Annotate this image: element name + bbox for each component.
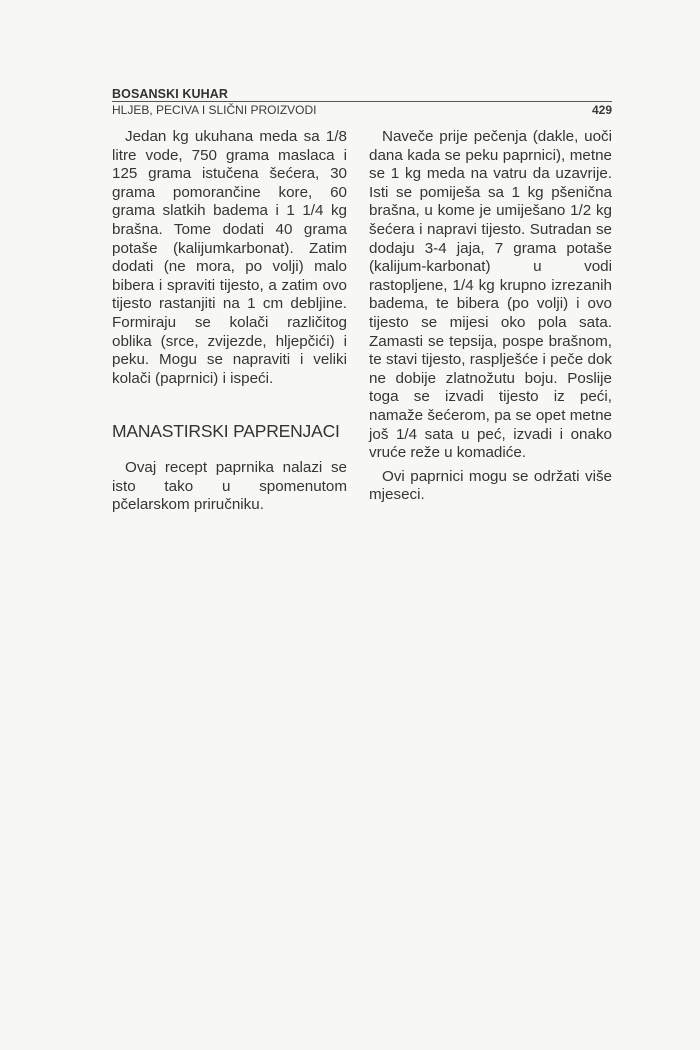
running-header: BOSANSKI KUHAR HLJEB, PECIVA I SLIČNI PR… xyxy=(112,88,612,117)
book-title: BOSANSKI KUHAR xyxy=(112,88,612,102)
chapter-row: HLJEB, PECIVA I SLIČNI PROIZVODI 429 xyxy=(112,103,612,117)
book-page: BOSANSKI KUHAR HLJEB, PECIVA I SLIČNI PR… xyxy=(0,0,700,1050)
page-number: 429 xyxy=(592,103,612,117)
recipe-paragraph: Ovi paprnici mogu se održati više mjesec… xyxy=(369,468,612,505)
section-paragraph: Ovaj recept paprnika nalazi se isto tako… xyxy=(112,459,347,515)
recipe-paragraph: Jedan kg ukuhana meda sa 1/8 litre vode,… xyxy=(112,128,347,388)
right-column: Naveče prije pečenja (dakle, uoči dana k… xyxy=(369,128,612,505)
left-column: Jedan kg ukuhana meda sa 1/8 litre vode,… xyxy=(112,128,347,515)
chapter-title: HLJEB, PECIVA I SLIČNI PROIZVODI xyxy=(112,103,317,117)
recipe-paragraph: Naveče prije pečenja (dakle, uoči dana k… xyxy=(369,128,612,463)
section-heading: MANASTIRSKI PAPRENJACI xyxy=(112,422,347,441)
